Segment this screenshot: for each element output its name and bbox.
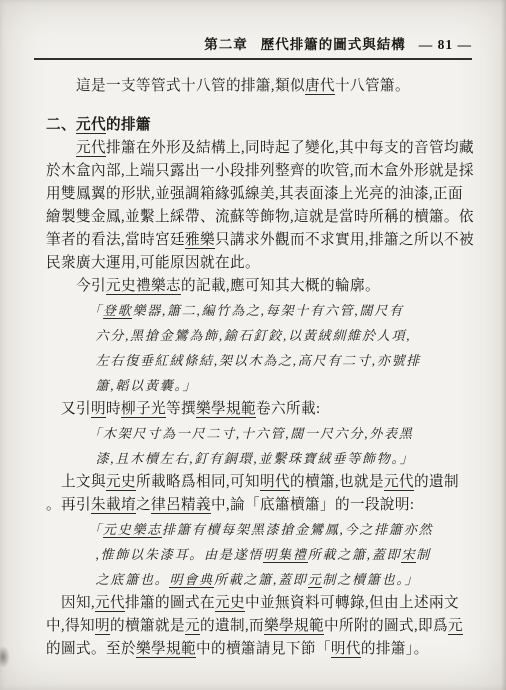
underlined-term: 元史 [106, 474, 136, 491]
underlined-term: 朱載堉 [91, 497, 136, 514]
text-run: 「 [88, 522, 103, 537]
text-run: 排簫有櫝每架黑漆搶金鸞鳳,今之排簫亦然 [162, 522, 433, 537]
underlined-term: 元史 [215, 595, 245, 612]
scan-smudge [0, 646, 10, 668]
text-run: 之 [136, 497, 151, 513]
page-number: — 81 — [419, 37, 472, 53]
underlined-term: 明代 [260, 474, 290, 491]
underlined-term: 明會典 [169, 572, 213, 588]
text-run: 制 [416, 547, 431, 562]
text-run: 的排簫 [106, 117, 151, 133]
text-line: 這是一支等管式十八管的排簫,類似唐代十八管簫。 [46, 75, 476, 98]
underlined-term: 明集禮 [263, 547, 307, 563]
text-run: 只講求外觀而不求實用,排簫之所以不被 [215, 232, 474, 248]
text-run: 因知, [61, 595, 95, 611]
text-line: 。再引朱載堉之律呂精義中,論「底簫櫝簫」的一段說明: [46, 494, 476, 517]
text-run: 卷六所載: [256, 401, 320, 417]
text-run: 等撰 [166, 401, 196, 417]
underlined-term: 登歌 [103, 303, 133, 319]
underlined-term: 元代 [95, 595, 125, 612]
text-run: 所載略爲相同,可知 [136, 474, 260, 490]
underlined-term: 明 [95, 618, 110, 635]
text-run: 十八管簫。 [335, 78, 410, 94]
text-run: 的遺制 [414, 474, 459, 490]
text-line: 之底簫也。明會典所載之簫,蓋即元制之櫝簫也。」 [46, 567, 476, 592]
text-run: 今引 [76, 278, 106, 294]
underlined-term: 元史禮樂志 [106, 278, 181, 295]
text-run: 於木盒內部,上端只露出一小段排列整齊的吹管,而木盒外形就是採 [46, 163, 474, 179]
text-run: 左右復垂紅絨條結,架以木為之,高尺有二寸,亦號排 [96, 353, 422, 368]
text-line: 用雙鳳翼的形狀,並强調箱緣弧線美,其表面漆上光亮的油漆,正面 [46, 183, 476, 206]
text-run: 「 [88, 303, 103, 318]
underlined-term: 唐代 [305, 78, 335, 95]
chapter-title: 歷代排簫的圖式與結構 [261, 33, 406, 53]
text-run: 筆者的看法,當時宮廷 [46, 232, 185, 248]
text-run: 所載之簫,蓋即 [308, 547, 402, 562]
underlined-term: 明代 [331, 641, 361, 658]
text-line: 於木盒內部,上端只露出一小段排列整齊的吹管,而木盒外形就是採 [46, 160, 476, 183]
text-run: ,惟飾以朱漆耳。由是遂悟 [96, 547, 264, 562]
text-run: 簫,韜以黃囊。」 [96, 378, 198, 393]
text-run: 六分,黑搶金鸞為飾,鍮石釘鉸,以黃絨紃維於人項, [96, 328, 412, 343]
text-run: 用雙鳳翼的形狀,並强調箱緣弧線美,其表面漆上光亮的油漆,正面 [46, 186, 463, 202]
text-run: 樂器,簫二,編竹為之,每架十有六管,闊尺有 [132, 303, 403, 318]
text-run: 二、 [46, 117, 76, 133]
scan-edge-shadow [501, 0, 506, 690]
text-run: 的遺制,而 [200, 618, 264, 634]
page-body-text: 這是一支等管式十八管的排簫,類似唐代十八管簫。二、元代的排簫元代排簫在外形及結構… [46, 75, 476, 661]
text-line: 簫,韜以黃囊。」 [46, 373, 476, 398]
underlined-term: 樂學規範 [264, 618, 324, 635]
underlined-term: 律呂精義 [151, 497, 211, 514]
text-line: ,惟飾以朱漆耳。由是遂悟明集禮所載之簫,蓋即宋制 [46, 542, 476, 567]
header-divider [34, 58, 472, 60]
text-line: 筆者的看法,當時宮廷雅樂只講求外觀而不求實用,排簫之所以不被 [46, 229, 476, 252]
scanned-book-page: 第二章 歷代排簫的圖式與結構 — 81 — 這是一支等管式十八管的排簫,類似唐代… [0, 0, 506, 690]
text-run: 中,得知 [46, 618, 95, 634]
text-run: 中,論「底簫櫝簫」的一段說明: [211, 497, 414, 513]
text-run: 這是一支等管式十八管的排簫,類似 [76, 78, 305, 94]
page-header: 第二章 歷代排簫的圖式與結構 — 81 — [204, 33, 472, 53]
text-line: 中,得知明的櫝簫就是元的遺制,而樂學規範中所附的圖式,即爲元 [46, 615, 476, 638]
chapter-label: 第二章 [204, 33, 248, 53]
text-run: 的記載,應可知其大概的輪廓。 [181, 278, 380, 294]
text-run: 的排簫」。 [361, 641, 429, 657]
underlined-term: 元代 [76, 140, 106, 157]
text-run: 的櫝簫,也就是 [290, 474, 384, 490]
text-run: 制之櫝簫也。」 [322, 572, 419, 587]
text-line: 繪製雙金鳳,並繫上綵帶、流蘇等飾物,這就是當時所稱的櫝簫。依 [46, 206, 476, 229]
text-line: 又引明時柳子光等撰樂學規範卷六所載: [46, 398, 476, 421]
text-line: 六分,黑搶金鸞為飾,鍮石釘鉸,以黃絨紃維於人項, [46, 323, 476, 348]
underlined-term: 樂學規範 [136, 641, 196, 658]
text-run: 中並無資料可轉錄,但由上述兩文 [245, 595, 459, 611]
underlined-term: 元 [185, 618, 200, 635]
text-line: 的圖式。至於樂學規範中的櫝簫請見下節「明代的排簫」。 [46, 638, 476, 661]
text-run: 所載之簫,蓋即 [214, 572, 308, 587]
text-run: 漆,且木櫝左右,釘有銅環,並繫珠寶絨垂等飾物。」 [96, 451, 415, 466]
text-run: 的圖式。至於 [46, 641, 136, 657]
text-line: 上文與元史所載略爲相同,可知明代的櫝簫,也就是元代的遺制 [46, 471, 476, 494]
underlined-term: 元史樂志 [103, 522, 162, 538]
text-line: 漆,且木櫝左右,釘有銅環,並繫珠寶絨垂等飾物。」 [46, 446, 476, 471]
text-run: 排簫的圖式在 [125, 595, 215, 611]
text-line: 因知,元代排簫的圖式在元史中並無資料可轉錄,但由上述兩文 [46, 592, 476, 615]
text-line: 「元史樂志排簫有櫝每架黑漆搶金鸞鳳,今之排簫亦然 [46, 517, 476, 542]
text-run: 排簫在外形及結構上,同時起了變化,其中每支的音管均藏 [106, 140, 474, 156]
underlined-term: 明 [91, 401, 106, 418]
text-run: 時 [106, 401, 121, 417]
text-run: 繪製雙金鳳,並繫上綵帶、流蘇等飾物,這就是當時所稱的櫝簫。依 [46, 209, 474, 225]
text-run: 之底簫也。 [96, 572, 170, 587]
text-line: 「登歌樂器,簫二,編竹為之,每架十有六管,闊尺有 [46, 298, 476, 323]
section-heading: 二、元代的排簫 [46, 114, 476, 137]
text-line: 民衆廣大運用,可能原因就在此。 [46, 252, 476, 275]
text-run: 。再引 [46, 497, 91, 513]
text-run: 的櫝簫就是 [110, 618, 185, 634]
text-line: 「木架尺寸為一尺二寸,十六管,闊一尺六分,外表黑 [46, 421, 476, 446]
underlined-term: 雅樂 [185, 232, 215, 249]
text-run: 中的櫝簫請見下節「 [196, 641, 331, 657]
text-line: 元代排簫在外形及結構上,同時起了變化,其中每支的音管均藏 [46, 137, 476, 160]
underlined-term: 元 [308, 572, 323, 588]
underlined-term: 宋 [401, 547, 416, 563]
underlined-term: 元代 [384, 474, 414, 491]
text-run: 又引 [61, 401, 91, 417]
text-line: 左右復垂紅絨條結,架以木為之,高尺有二寸,亦號排 [46, 348, 476, 373]
text-line: 今引元史禮樂志的記載,應可知其大概的輪廓。 [46, 275, 476, 298]
text-run: 上文與 [61, 474, 106, 490]
underlined-term: 樂學規範 [196, 401, 256, 418]
underlined-term: 元代 [76, 117, 106, 134]
text-run: 中所附的圖式,即爲 [324, 618, 448, 634]
text-run: 民衆廣大運用,可能原因就在此。 [46, 255, 260, 271]
underlined-term: 元 [448, 618, 463, 635]
underlined-term: 柳子光 [121, 401, 166, 418]
text-run: 「木架尺寸為一尺二寸,十六管,闊一尺六分,外表黑 [88, 426, 414, 441]
